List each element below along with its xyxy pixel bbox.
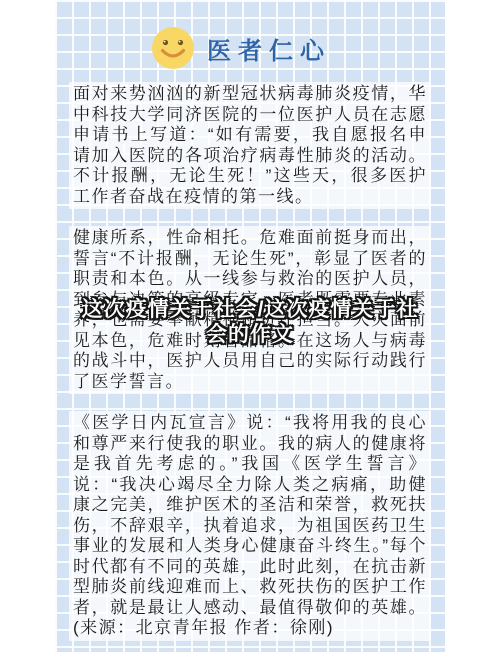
smiley-face-icon: [151, 26, 195, 70]
paragraph-1: 面对来势汹汹的新型冠状病毒肺炎疫情，华中科技大学同济医院的一位医护人员在志愿申请…: [69, 82, 431, 209]
page: { "page": { "margin_color": "#ffffff", "…: [0, 0, 500, 652]
article-body: 面对来势汹汹的新型冠状病毒肺炎疫情，华中科技大学同济医院的一位医护人员在志愿申请…: [69, 82, 431, 641]
paragraph-3: 《医学日内瓦宣言》说：“我将用我的良心和尊严来行使我的职业。我的病人的健康将是我…: [69, 411, 431, 641]
overlay-seo-title: 这次疫情关于社会/这次疫情关于社会的作文: [72, 297, 428, 347]
article-header: 医者仁心: [69, 25, 431, 71]
page-title: 医者仁心: [207, 31, 331, 66]
